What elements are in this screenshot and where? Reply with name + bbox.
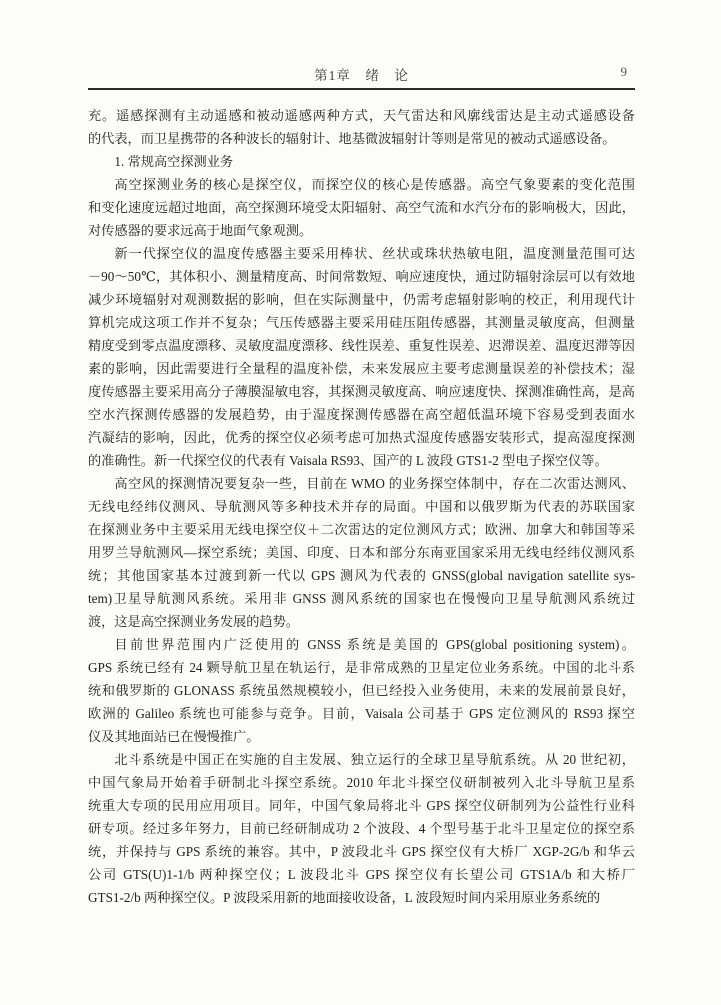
body-text-line: 无线电经纬仪测风、导航测风等多种技术并存的局面。中国和以俄罗斯为代表的苏联国家 xyxy=(88,495,635,518)
body-text-line: GTS1-2/b 两种探空仪。P 波段采用新的地面接收设备，L 波段短时间内采用… xyxy=(88,886,635,909)
section-heading: 1. 常规高空探测业务 xyxy=(88,150,635,173)
body-text-line: 高空风的探测情况要复杂一些，目前在 WMO 的业务探空体制中，存在二次雷达测风、 xyxy=(88,472,635,495)
page-number: 9 xyxy=(621,64,628,80)
body-text-line: 汽凝结的影响，因此，优秀的探空仪必须考虑可加热式湿度传感器安装形式，提高湿度探测 xyxy=(88,426,635,449)
body-text-line: 统，并保持与 GPS 系统的兼容。其中，P 波段北斗 GPS 探空仪有大桥厂 X… xyxy=(88,840,635,863)
body-text-line: 和变化速度远超过地面，高空探测环境受太阳辐射、高空气流和水汽分布的影响极大，因此… xyxy=(88,196,635,219)
body-text-line: 中国气象局开始着手研制北斗探空系统。2010 年北斗探空仪研制被列入北斗导航卫星… xyxy=(88,771,635,794)
body-text-line: 的代表，而卫星携带的各种波长的辐射计、地基微波辐射计等则是常见的被动式遥感设备。 xyxy=(88,127,635,150)
body-text-line: 统和俄罗斯的 GLONASS 系统虽然规模较小，但已经投入业务使用，未来的发展前… xyxy=(88,679,635,702)
body-text-line: 目前世界范围内广泛使用的 GNSS 系统是美国的 GPS(global posi… xyxy=(88,633,635,656)
body-text-line: tem)卫星导航测风系统。采用非 GNSS 测风系统的国家也在慢慢向卫星导航测风… xyxy=(88,587,635,610)
body-text-line: 高空探测业务的核心是探空仪，而探空仪的核心是传感器。高空气象要素的变化范围 xyxy=(88,173,635,196)
body-text-line: GPS 系统已经有 24 颗导航卫星在轨运行，是非常成熟的卫星定位业务系统。中国… xyxy=(88,656,635,679)
body-text-line: 渡，这是高空探测业务发展的趋势。 xyxy=(88,610,635,633)
body-text-line: 欧洲的 Galileo 系统也可能参与竞争。目前，Vaisala 公司基于 GP… xyxy=(88,702,635,725)
body-text-line: 精度受到零点温度漂移、灵敏度温度漂移、线性误差、重复性误差、迟滞误差、温度迟滞等… xyxy=(88,334,635,357)
body-text-line: －90～50℃，其体积小、测量精度高、时间常数短、响应速度快，通过防辐射涂层可以… xyxy=(88,265,635,288)
body-text-line: 空水汽探测传感器的发展趋势，由于湿度探测传感器在高空超低温环境下容易受到表面水 xyxy=(88,403,635,426)
body-text-line: 在探测业务中主要采用无线电探空仪＋二次雷达的定位测风方式；欧洲、加拿大和韩国等采 xyxy=(88,518,635,541)
body-text-line: 对传感器的要求远高于地面气象观测。 xyxy=(88,219,635,242)
body-text-line: 新一代探空仪的温度传感器主要采用棒状、丝状或珠状热敏电阻，温度测量范围可达 xyxy=(88,242,635,265)
body-text-line: 公司 GTS(U)1-1/b 两种探空仪；L 波段北斗 GPS 探空仪有长望公司… xyxy=(88,863,635,886)
body-text-line: 用罗兰导航测风—探空系统；美国、印度、日本和部分东南亚国家采用无线电经纬仪测风系 xyxy=(88,541,635,564)
page-body: 充。遥感探测有主动遥感和被动遥感两种方式，天气雷达和风廓线雷达是主动式遥感设备的… xyxy=(88,104,635,909)
body-text-line: 仪及其地面站已在慢慢推广。 xyxy=(88,725,635,748)
body-text-line: 算机完成这项工作并不复杂；气压传感器主要采用硅压阻传感器，其测量灵敏度高，但测量 xyxy=(88,311,635,334)
running-title: 第1章 绪 论 xyxy=(88,64,635,84)
body-text-line: 素的影响，因此需要进行全量程的温度补偿，未来发展应主要考虑测量误差的补偿技术；湿 xyxy=(88,357,635,380)
body-text-line: 北斗系统是中国正在实施的自主发展、独立运行的全球卫星导航系统。从 20 世纪初， xyxy=(88,748,635,771)
body-text-line: 减少环境辐射对观测数据的影响，但在实际测量中，仍需考虑辐射影响的校正，利用现代计 xyxy=(88,288,635,311)
body-text-line: 统重大专项的民用应用项目。同年，中国气象局将北斗 GPS 探空仪研制列为公益性行… xyxy=(88,794,635,817)
body-text-line: 的准确性。新一代探空仪的代表有 Vaisala RS93、国产的 L 波段 GT… xyxy=(88,449,635,472)
body-text-line: 研专项。经过多年努力，目前已经研制成功 2 个波段、4 个型号基于北斗卫星定位的… xyxy=(88,817,635,840)
body-text-line: 充。遥感探测有主动遥感和被动遥感两种方式，天气雷达和风廓线雷达是主动式遥感设备 xyxy=(88,104,635,127)
page-header: 第1章 绪 论 9 xyxy=(88,60,635,90)
document-page: 第1章 绪 论 9 充。遥感探测有主动遥感和被动遥感两种方式，天气雷达和风廓线雷… xyxy=(0,0,721,1005)
body-text-line: 度传感器主要采用高分子薄膜湿敏电容，其探测灵敏度高、响应速度快、探测准确性高，是… xyxy=(88,380,635,403)
body-text-line: 统；其他国家基本过渡到新一代以 GPS 测风为代表的 GNSS(global n… xyxy=(88,564,635,587)
